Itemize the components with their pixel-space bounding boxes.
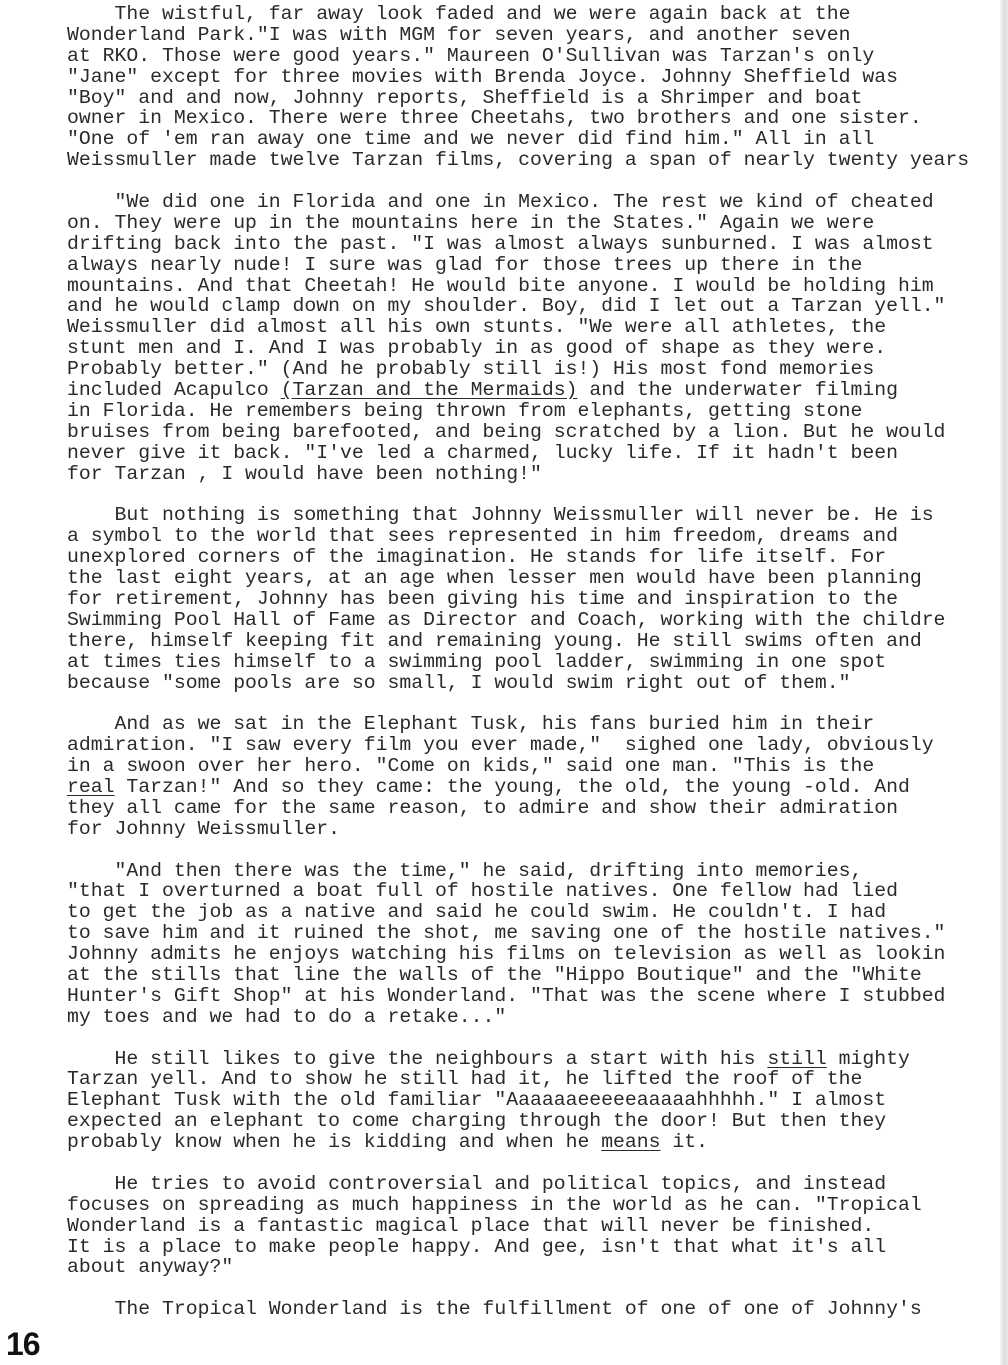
text-line: Swimming Pool Hall of Fame as Director a… bbox=[67, 610, 1008, 631]
text-line: Weissmuller did almost all his own stunt… bbox=[67, 317, 1008, 338]
text-line: stunt men and I. And I was probably in a… bbox=[67, 338, 1008, 359]
text-line: and he would clamp down on my shoulder. … bbox=[67, 296, 1008, 317]
text-line: "that I overturned a boat full of hostil… bbox=[67, 881, 1008, 902]
text-line: drifting back into the past. "I was almo… bbox=[67, 234, 1008, 255]
page-edge-shadow bbox=[1000, 0, 1008, 1365]
page-number: 16 bbox=[6, 1326, 40, 1362]
text-line: for Tarzan , I would have been nothing!" bbox=[67, 464, 1008, 485]
text-line: in a swoon over her hero. "Come on kids,… bbox=[67, 756, 1008, 777]
text-line: The wistful, far away look faded and we … bbox=[67, 4, 1008, 25]
text-line: "Boy" and and now, Johnny reports, Sheff… bbox=[67, 88, 1008, 109]
paragraph: The wistful, far away look faded and we … bbox=[67, 4, 1008, 171]
text-line: It is a place to make people happy. And … bbox=[67, 1237, 1008, 1258]
text-line: included Acapulco (Tarzan and the Mermai… bbox=[67, 380, 1008, 401]
text-line: for Johnny Weissmuller. bbox=[67, 819, 1008, 840]
paragraph: The Tropical Wonderland is the fulfillme… bbox=[67, 1299, 1008, 1320]
text-line: at RKO. Those were good years." Maureen … bbox=[67, 46, 1008, 67]
text-line: Johnny admits he enjoys watching his fil… bbox=[67, 944, 1008, 965]
text-line: "We did one in Florida and one in Mexico… bbox=[67, 192, 1008, 213]
text-line: Wonderland Park."I was with MGM for seve… bbox=[67, 25, 1008, 46]
text-line: admiration. "I saw every film you ever m… bbox=[67, 735, 1008, 756]
text-line: Wonderland is a fantastic magical place … bbox=[67, 1216, 1008, 1237]
text-line: in Florida. He remembers being thrown fr… bbox=[67, 401, 1008, 422]
text-line: The Tropical Wonderland is the fulfillme… bbox=[67, 1299, 1008, 1320]
text-line: to get the job as a native and said he c… bbox=[67, 902, 1008, 923]
underlined-text: real bbox=[67, 776, 114, 798]
article-body: The wistful, far away look faded and we … bbox=[67, 4, 1008, 1341]
paragraph: "We did one in Florida and one in Mexico… bbox=[67, 192, 1008, 484]
text-line: focuses on spreading as much happiness i… bbox=[67, 1195, 1008, 1216]
paragraph: He tries to avoid controversial and poli… bbox=[67, 1174, 1008, 1278]
text-line: "And then there was the time," he said, … bbox=[67, 861, 1008, 882]
text-line: Elephant Tusk with the old familiar "Aaa… bbox=[67, 1090, 1008, 1111]
text-line: Hunter's Gift Shop" at his Wonderland. "… bbox=[67, 986, 1008, 1007]
text-line: owner in Mexico. There were three Cheeta… bbox=[67, 108, 1008, 129]
text-line: my toes and we had to do a retake..." bbox=[67, 1007, 1008, 1028]
text-line: a symbol to the world that sees represen… bbox=[67, 526, 1008, 547]
text-line: "One of 'em ran away one time and we nev… bbox=[67, 129, 1008, 150]
text-line: mountains. And that Cheetah! He would bi… bbox=[67, 276, 1008, 297]
text-line: Probably better." (And he probably still… bbox=[67, 359, 1008, 380]
text-line: expected an elephant to come charging th… bbox=[67, 1111, 1008, 1132]
text-line: on. They were up in the mountains here i… bbox=[67, 213, 1008, 234]
text-line: because "some pools are so small, I woul… bbox=[67, 673, 1008, 694]
paragraph: "And then there was the time," he said, … bbox=[67, 861, 1008, 1028]
text-line: And as we sat in the Elephant Tusk, his … bbox=[67, 714, 1008, 735]
text-line: "Jane" except for three movies with Bren… bbox=[67, 67, 1008, 88]
text-line: never give it back. "I've led a charmed,… bbox=[67, 443, 1008, 464]
text-line: Weissmuller made twelve Tarzan films, co… bbox=[67, 150, 1008, 171]
text-line: bruises from being barefooted, and being… bbox=[67, 422, 1008, 443]
text-line: there, himself keeping fit and remaining… bbox=[67, 631, 1008, 652]
text-line: to save him and it ruined the shot, me s… bbox=[67, 923, 1008, 944]
magazine-page: The wistful, far away look faded and we … bbox=[0, 0, 1008, 1365]
text-line: Tarzan yell. And to show he still had it… bbox=[67, 1069, 1008, 1090]
text-line: real Tarzan!" And so they came: the youn… bbox=[67, 777, 1008, 798]
text-line: for retirement, Johnny has been giving h… bbox=[67, 589, 1008, 610]
paragraph: But nothing is something that Johnny Wei… bbox=[67, 505, 1008, 693]
text-line: always nearly nude! I sure was glad for … bbox=[67, 255, 1008, 276]
text-line: But nothing is something that Johnny Wei… bbox=[67, 505, 1008, 526]
underlined-text: means bbox=[601, 1131, 660, 1153]
text-line: He tries to avoid controversial and poli… bbox=[67, 1174, 1008, 1195]
underlined-text: (Tarzan and the Mermaids) bbox=[281, 379, 578, 401]
underlined-text: still bbox=[767, 1048, 826, 1070]
text-line: about anyway?" bbox=[67, 1257, 1008, 1278]
text-line: unexplored corners of the imagination. H… bbox=[67, 547, 1008, 568]
text-line: they all came for the same reason, to ad… bbox=[67, 798, 1008, 819]
paragraph: He still likes to give the neighbours a … bbox=[67, 1049, 1008, 1153]
text-line: at the stills that line the walls of the… bbox=[67, 965, 1008, 986]
text-line: probably know when he is kidding and whe… bbox=[67, 1132, 1008, 1153]
text-line: at times ties himself to a swimming pool… bbox=[67, 652, 1008, 673]
text-line: He still likes to give the neighbours a … bbox=[67, 1049, 1008, 1070]
paragraph: And as we sat in the Elephant Tusk, his … bbox=[67, 714, 1008, 839]
text-line: the last eight years, at an age when les… bbox=[67, 568, 1008, 589]
